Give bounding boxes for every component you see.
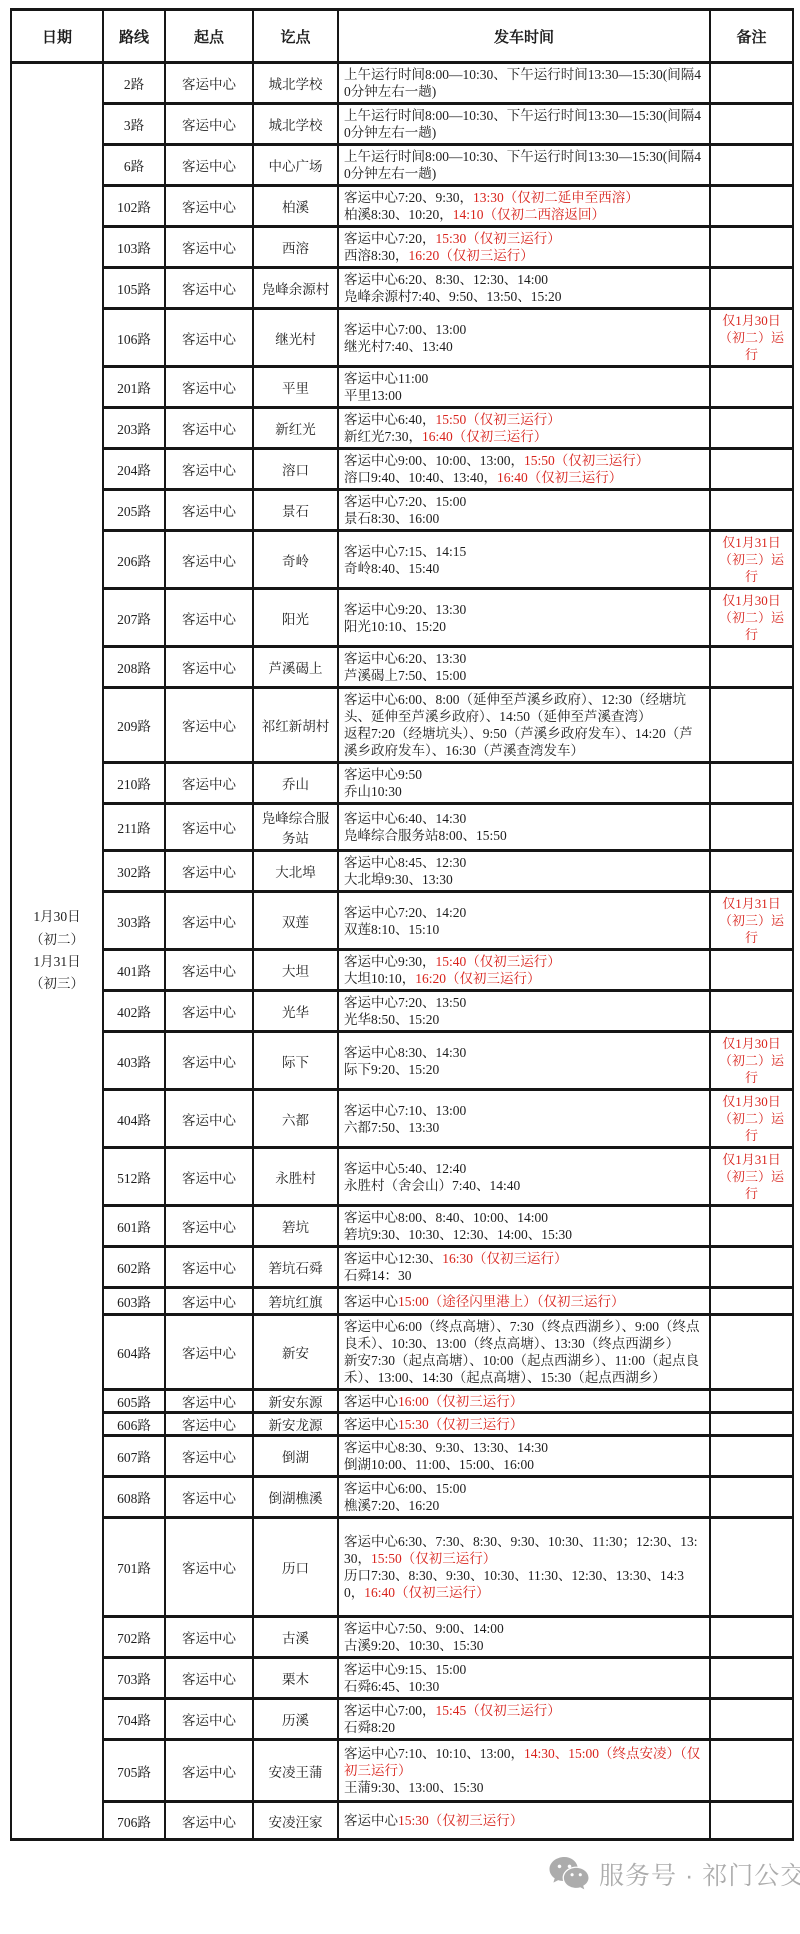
time-segment: 溶口9:40、10:40、13:40，: [344, 470, 497, 485]
end-cell: 城北学校: [253, 104, 338, 145]
end-cell: 凫峰余源村: [253, 268, 338, 309]
route-cell: 404路: [103, 1090, 165, 1148]
remark-text: 仅1月30日（初二）运行: [719, 1094, 784, 1143]
remark-cell: [710, 449, 793, 490]
remark-text: 仅1月30日（初二）运行: [719, 313, 784, 362]
end-cell: 凫峰综合服务站: [253, 804, 338, 851]
time-line: 王蒲9:30、13:00、15:30: [344, 1779, 704, 1796]
table-row: 302路客运中心大北埠客运中心8:45、12:30大北埠9:30、13:30: [11, 851, 793, 892]
remark-cell: [710, 1315, 793, 1390]
end-cell: 西溶: [253, 227, 338, 268]
end-cell: 新安: [253, 1315, 338, 1390]
time-segment: 客运中心: [344, 1417, 398, 1432]
time-line: 客运中心9:20、13:30: [344, 601, 704, 618]
time-line: 凫峰余源村7:40、9:50、13:50、15:20: [344, 288, 704, 305]
time-segment: 客运中心6:20、8:30、12:30、14:00: [344, 272, 548, 287]
route-cell: 403路: [103, 1032, 165, 1090]
time-segment: 客运中心: [344, 1394, 398, 1409]
time-segment-red: 16:30（仅初三运行）: [442, 1251, 567, 1266]
route-cell: 203路: [103, 408, 165, 449]
time-segment: 客运中心8:45、12:30: [344, 855, 466, 870]
start-cell: 客运中心: [165, 1477, 253, 1518]
route-cell: 2路: [103, 63, 165, 104]
time-segment: 六都7:50、13:30: [344, 1120, 439, 1135]
remark-cell: [710, 186, 793, 227]
end-cell: 乔山: [253, 763, 338, 804]
remark-cell: 仅1月31日（初三）运行: [710, 531, 793, 589]
time-segment: 客运中心12:30、: [344, 1251, 442, 1266]
times-cell: 客运中心9:50乔山10:30: [338, 763, 710, 804]
time-segment: 奇岭8:40、15:40: [344, 561, 439, 576]
remark-cell: 仅1月31日（初三）运行: [710, 892, 793, 950]
remark-cell: [710, 763, 793, 804]
remark-cell: [710, 1740, 793, 1802]
time-line: 客运中心6:20、8:30、12:30、14:00: [344, 271, 704, 288]
time-segment: 客运中心7:10、10:10、13:00，: [344, 1746, 524, 1761]
route-cell: 211路: [103, 804, 165, 851]
time-segment-red: 16:40（仅初三运行）: [422, 429, 547, 444]
time-line: 古溪9:20、10:30、15:30: [344, 1637, 704, 1654]
time-segment-red: 15:00（途径闪里港上）（仅初三运行）: [398, 1294, 625, 1309]
date-line: 1月31日: [16, 951, 98, 973]
start-cell: 客运中心: [165, 1658, 253, 1699]
remark-cell: [710, 227, 793, 268]
remark-cell: [710, 1699, 793, 1740]
time-line: 客运中心15:30（仅初三运行）: [344, 1416, 704, 1433]
time-line: 客运中心7:50、9:00、14:00: [344, 1620, 704, 1637]
end-cell: 大坦: [253, 950, 338, 991]
route-cell: 106路: [103, 309, 165, 367]
remark-cell: [710, 1206, 793, 1247]
schedule-page: 日期 路线 起点 讫点 发车时间 备注 1月30日（初二）1月31日（初三）2路…: [0, 0, 800, 1849]
route-cell: 208路: [103, 647, 165, 688]
start-cell: 客运中心: [165, 647, 253, 688]
time-line: 继光村7:40、13:40: [344, 338, 704, 355]
time-segment-red: 16:00（仅初三运行）: [398, 1394, 523, 1409]
time-segment: 景石8:30、16:00: [344, 511, 439, 526]
time-line: 客运中心6:00、15:00: [344, 1480, 704, 1497]
time-segment: 樵溪7:20、16:20: [344, 1498, 439, 1513]
start-cell: 客运中心: [165, 490, 253, 531]
time-line: 客运中心9:00、10:00、13:00，15:50（仅初三运行）: [344, 452, 704, 469]
remark-text: 仅1月31日（初三）运行: [719, 535, 784, 584]
table-row: 6路客运中心中心广场上午运行时间8:00—10:30、下午运行时间13:30—1…: [11, 145, 793, 186]
table-row: 211路客运中心凫峰综合服务站客运中心6:40、14:30凫峰综合服务站8:00…: [11, 804, 793, 851]
route-cell: 206路: [103, 531, 165, 589]
time-segment: 石舜8:20: [344, 1720, 395, 1735]
route-cell: 702路: [103, 1617, 165, 1658]
time-line: 客运中心7:00，15:45（仅初三运行）: [344, 1702, 704, 1719]
time-segment: 客运中心6:00、15:00: [344, 1481, 466, 1496]
start-cell: 客运中心: [165, 63, 253, 104]
time-line: 上午运行时间8:00—10:30、下午运行时间13:30—15:30(间隔40分…: [344, 66, 704, 100]
time-segment: 客运中心8:30、9:30、13:30、14:30: [344, 1440, 548, 1455]
time-segment: 客运中心5:40、12:40: [344, 1161, 466, 1176]
table-row: 206路客运中心奇岭客运中心7:15、14:15奇岭8:40、15:40仅1月3…: [11, 531, 793, 589]
time-segment: 客运中心6:40、14:30: [344, 811, 466, 826]
time-segment: 际下9:20、15:20: [344, 1062, 439, 1077]
end-cell: 景石: [253, 490, 338, 531]
remark-cell: [710, 408, 793, 449]
start-cell: 客运中心: [165, 1699, 253, 1740]
time-segment: 客运中心9:20、13:30: [344, 602, 466, 617]
time-line: 西溶8:30，16:20（仅初三运行）: [344, 247, 704, 264]
route-cell: 201路: [103, 367, 165, 408]
date-line: 1月30日: [16, 906, 98, 928]
start-cell: 客运中心: [165, 104, 253, 145]
start-cell: 客运中心: [165, 145, 253, 186]
time-segment-red: 15:45（仅初三运行）: [436, 1703, 561, 1718]
end-cell: 历溪: [253, 1699, 338, 1740]
time-line: 奇岭8:40、15:40: [344, 560, 704, 577]
times-cell: 客运中心7:20，15:30（仅初三运行）西溶8:30，16:20（仅初三运行）: [338, 227, 710, 268]
route-cell: 204路: [103, 449, 165, 490]
time-segment: 客运中心6:00、8:00（延伸至芦溪乡政府）、12:30（经塘坑头、延伸至芦溪…: [344, 692, 686, 724]
route-cell: 105路: [103, 268, 165, 309]
times-cell: 客运中心7:10、10:10、13:00，14:30、15:00（终点安凌）（仅…: [338, 1740, 710, 1802]
time-segment-red: 15:30（仅初三运行）: [436, 231, 561, 246]
time-line: 大坦10:10，16:20（仅初三运行）: [344, 970, 704, 987]
date-line: （初二）: [16, 929, 98, 951]
remark-text: 仅1月31日（初三）运行: [719, 896, 784, 945]
remark-text: 仅1月30日（初二）运行: [719, 1036, 784, 1085]
end-cell: 新安东源: [253, 1390, 338, 1413]
time-line: 客运中心7:10、10:10、13:00，14:30、15:00（终点安凌）（仅…: [344, 1745, 704, 1779]
time-segment: 客运中心7:50、9:00、14:00: [344, 1621, 504, 1636]
end-cell: 祁红新胡村: [253, 688, 338, 763]
time-segment: 客运中心9:30，: [344, 954, 436, 969]
time-line: 客运中心5:40、12:40: [344, 1160, 704, 1177]
time-line: 客运中心7:20、13:50: [344, 994, 704, 1011]
time-segment: 石舜14：30: [344, 1268, 412, 1283]
schedule-body: 1月30日（初二）1月31日（初三）2路客运中心城北学校上午运行时间8:00—1…: [11, 63, 793, 1840]
end-cell: 大北埠: [253, 851, 338, 892]
time-segment-red: 16:20（仅初三运行）: [409, 248, 534, 263]
start-cell: 客运中心: [165, 227, 253, 268]
start-cell: 客运中心: [165, 1436, 253, 1477]
time-segment: 客运中心6:40，: [344, 412, 436, 427]
route-cell: 703路: [103, 1658, 165, 1699]
end-cell: 芦溪碣上: [253, 647, 338, 688]
times-cell: 客运中心16:00（仅初三运行）: [338, 1390, 710, 1413]
end-cell: 倒湖樵溪: [253, 1477, 338, 1518]
table-row: 105路客运中心凫峰余源村客运中心6:20、8:30、12:30、14:00凫峰…: [11, 268, 793, 309]
remark-cell: [710, 104, 793, 145]
time-segment: 永胜村（舍会山）7:40、14:40: [344, 1178, 520, 1193]
end-cell: 际下: [253, 1032, 338, 1090]
times-cell: 客运中心9:30，15:40（仅初三运行）大坦10:10，16:20（仅初三运行…: [338, 950, 710, 991]
route-cell: 605路: [103, 1390, 165, 1413]
times-cell: 客运中心6:00、8:00（延伸至芦溪乡政府）、12:30（经塘坑头、延伸至芦溪…: [338, 688, 710, 763]
time-segment: 客运中心: [344, 1813, 398, 1828]
table-row: 705路客运中心安凌王蒲客运中心7:10、10:10、13:00，14:30、1…: [11, 1740, 793, 1802]
time-line: 客运中心6:20、13:30: [344, 650, 704, 667]
time-line: 石舜14：30: [344, 1267, 704, 1284]
col-header-start: 起点: [165, 10, 253, 63]
start-cell: 客运中心: [165, 1090, 253, 1148]
table-row: 601路客运中心箬坑客运中心8:00、8:40、10:00、14:00箬坑9:3…: [11, 1206, 793, 1247]
route-cell: 205路: [103, 490, 165, 531]
time-line: 历口7:30、8:30、9:30、10:30、11:30、12:30、13:30…: [344, 1567, 704, 1601]
remark-cell: 仅1月30日（初二）运行: [710, 589, 793, 647]
remark-cell: [710, 1288, 793, 1315]
times-cell: 客运中心6:00（终点高塘）、7:30（终点西湖乡）、9:00（终点良禾）、10…: [338, 1315, 710, 1390]
time-line: 六都7:50、13:30: [344, 1119, 704, 1136]
time-segment: 客运中心7:15、14:15: [344, 544, 466, 559]
end-cell: 箬坑: [253, 1206, 338, 1247]
time-segment-red: 15:50（仅初三运行）: [371, 1551, 496, 1566]
times-cell: 客运中心6:00、15:00樵溪7:20、16:20: [338, 1477, 710, 1518]
time-line: 芦溪碣上7:50、15:00: [344, 667, 704, 684]
time-segment: 客运中心8:30、14:30: [344, 1045, 466, 1060]
times-cell: 客运中心6:30、7:30、8:30、9:30、10:30、11:30；12:3…: [338, 1518, 710, 1617]
route-cell: 209路: [103, 688, 165, 763]
start-cell: 客运中心: [165, 1206, 253, 1247]
route-cell: 602路: [103, 1247, 165, 1288]
start-cell: 客运中心: [165, 1247, 253, 1288]
time-segment: 王蒲9:30、13:00、15:30: [344, 1780, 484, 1795]
start-cell: 客运中心: [165, 1315, 253, 1390]
remark-cell: [710, 647, 793, 688]
start-cell: 客运中心: [165, 1617, 253, 1658]
time-segment: 倒湖10:00、11:00、15:00、16:00: [344, 1457, 534, 1472]
remark-cell: [710, 1658, 793, 1699]
time-line: 上午运行时间8:00—10:30、下午运行时间13:30—15:30(间隔40分…: [344, 148, 704, 182]
table-row: 204路客运中心溶口客运中心9:00、10:00、13:00，15:50（仅初三…: [11, 449, 793, 490]
table-row: 604路客运中心新安客运中心6:00（终点高塘）、7:30（终点西湖乡）、9:0…: [11, 1315, 793, 1390]
table-row: 602路客运中心箬坑石舜客运中心12:30、16:30（仅初三运行）石舜14：3…: [11, 1247, 793, 1288]
remark-text: 仅1月30日（初二）运行: [719, 593, 784, 642]
time-line: 客运中心8:00、8:40、10:00、14:00: [344, 1209, 704, 1226]
time-segment: 凫峰余源村7:40、9:50、13:50、15:20: [344, 289, 562, 304]
start-cell: 客运中心: [165, 1518, 253, 1617]
time-segment: 凫峰综合服务站8:00、15:50: [344, 828, 507, 843]
time-line: 客运中心7:15、14:15: [344, 543, 704, 560]
times-cell: 客运中心9:00、10:00、13:00，15:50（仅初三运行）溶口9:40、…: [338, 449, 710, 490]
end-cell: 倒湖: [253, 1436, 338, 1477]
times-cell: 客运中心5:40、12:40永胜村（舍会山）7:40、14:40: [338, 1148, 710, 1206]
time-line: 溶口9:40、10:40、13:40，16:40（仅初三运行）: [344, 469, 704, 486]
time-line: 客运中心7:10、13:00: [344, 1102, 704, 1119]
time-line: 景石8:30、16:00: [344, 510, 704, 527]
time-line: 客运中心9:30，15:40（仅初三运行）: [344, 953, 704, 970]
col-header-time: 发车时间: [338, 10, 710, 63]
time-line: 客运中心8:45、12:30: [344, 854, 704, 871]
table-row: 404路客运中心六都客运中心7:10、13:00六都7:50、13:30仅1月3…: [11, 1090, 793, 1148]
end-cell: 平里: [253, 367, 338, 408]
table-row: 606路客运中心新安龙源客运中心15:30（仅初三运行）: [11, 1413, 793, 1436]
start-cell: 客运中心: [165, 268, 253, 309]
time-line: 石舜6:45、10:30: [344, 1678, 704, 1695]
table-row: 704路客运中心历溪客运中心7:00，15:45（仅初三运行）石舜8:20: [11, 1699, 793, 1740]
times-cell: 客运中心9:20、13:30阳光10:10、15:20: [338, 589, 710, 647]
route-cell: 704路: [103, 1699, 165, 1740]
table-row: 205路客运中心景石客运中心7:20、15:00景石8:30、16:00: [11, 490, 793, 531]
time-segment: 乔山10:30: [344, 784, 402, 799]
time-line: 客运中心8:30、14:30: [344, 1044, 704, 1061]
time-segment-red: 15:50（仅初三运行）: [436, 412, 561, 427]
remark-cell: [710, 1802, 793, 1840]
route-cell: 210路: [103, 763, 165, 804]
start-cell: 客运中心: [165, 851, 253, 892]
start-cell: 客运中心: [165, 1390, 253, 1413]
remark-cell: [710, 367, 793, 408]
times-cell: 客运中心6:40，15:50（仅初三运行）新红光7:30，16:40（仅初三运行…: [338, 408, 710, 449]
col-header-end: 讫点: [253, 10, 338, 63]
table-row: 402路客运中心光华客运中心7:20、13:50光华8:50、15:20: [11, 991, 793, 1032]
start-cell: 客运中心: [165, 950, 253, 991]
table-row: 201路客运中心平里客运中心11:00平里13:00: [11, 367, 793, 408]
time-segment: 客运中心11:00: [344, 371, 428, 386]
route-cell: 608路: [103, 1477, 165, 1518]
time-segment: 光华8:50、15:20: [344, 1012, 439, 1027]
route-cell: 207路: [103, 589, 165, 647]
time-line: 客运中心7:00、13:00: [344, 321, 704, 338]
end-cell: 城北学校: [253, 63, 338, 104]
col-header-route: 路线: [103, 10, 165, 63]
times-cell: 客运中心8:00、8:40、10:00、14:00箬坑9:30、10:30、12…: [338, 1206, 710, 1247]
table-row: 605路客运中心新安东源客运中心16:00（仅初三运行）: [11, 1390, 793, 1413]
remark-cell: [710, 991, 793, 1032]
table-row: 403路客运中心际下客运中心8:30、14:30际下9:20、15:20仅1月3…: [11, 1032, 793, 1090]
time-segment: 阳光10:10、15:20: [344, 619, 446, 634]
table-row: 303路客运中心双莲客运中心7:20、14:20双莲8:10、15:10仅1月3…: [11, 892, 793, 950]
times-cell: 客运中心15:30（仅初三运行）: [338, 1413, 710, 1436]
end-cell: 安凌王蒲: [253, 1740, 338, 1802]
end-cell: 安凌汪家: [253, 1802, 338, 1840]
table-row: 603路客运中心箬坑红旗客运中心15:00（途径闪里港上）（仅初三运行）: [11, 1288, 793, 1315]
route-cell: 512路: [103, 1148, 165, 1206]
start-cell: 客运中心: [165, 1802, 253, 1840]
remark-cell: [710, 950, 793, 991]
start-cell: 客运中心: [165, 1740, 253, 1802]
time-segment: 新红光7:30，: [344, 429, 422, 444]
end-cell: 光华: [253, 991, 338, 1032]
end-cell: 永胜村: [253, 1148, 338, 1206]
remark-cell: [710, 851, 793, 892]
time-line: 柏溪8:30、10:20，14:10（仅初二西溶返回）: [344, 206, 704, 223]
end-cell: 古溪: [253, 1617, 338, 1658]
remark-cell: 仅1月30日（初二）运行: [710, 309, 793, 367]
times-cell: 上午运行时间8:00—10:30、下午运行时间13:30—15:30(间隔40分…: [338, 63, 710, 104]
time-segment: 客运中心6:20、13:30: [344, 651, 466, 666]
times-cell: 客运中心6:20、8:30、12:30、14:00凫峰余源村7:40、9:50、…: [338, 268, 710, 309]
time-segment: 上午运行时间8:00—10:30、下午运行时间13:30—15:30(间隔40分…: [344, 108, 701, 140]
start-cell: 客运中心: [165, 449, 253, 490]
route-cell: 601路: [103, 1206, 165, 1247]
time-segment: 客运中心7:20、15:00: [344, 494, 466, 509]
start-cell: 客运中心: [165, 186, 253, 227]
time-segment-red: 15:50（仅初三运行）: [524, 453, 649, 468]
times-cell: 客运中心15:30（仅初三运行）: [338, 1802, 710, 1840]
time-segment: 平里13:00: [344, 388, 402, 403]
times-cell: 客运中心7:20、13:50光华8:50、15:20: [338, 991, 710, 1032]
time-segment: 客运中心7:20、14:20: [344, 905, 466, 920]
remark-cell: 仅1月31日（初三）运行: [710, 1148, 793, 1206]
table-row: 209路客运中心祁红新胡村客运中心6:00、8:00（延伸至芦溪乡政府）、12:…: [11, 688, 793, 763]
time-segment-red: 16:40（仅初三运行）: [364, 1585, 489, 1600]
times-cell: 客运中心7:20、9:30，13:30（仅初二延申至西溶）柏溪8:30、10:2…: [338, 186, 710, 227]
time-line: 客运中心8:30、9:30、13:30、14:30: [344, 1439, 704, 1456]
table-row: 1月30日（初二）1月31日（初三）2路客运中心城北学校上午运行时间8:00—1…: [11, 63, 793, 104]
start-cell: 客运中心: [165, 991, 253, 1032]
times-cell: 客运中心8:30、14:30际下9:20、15:20: [338, 1032, 710, 1090]
time-line: 客运中心11:00: [344, 370, 704, 387]
col-header-date: 日期: [11, 10, 103, 63]
times-cell: 客运中心7:20、15:00景石8:30、16:00: [338, 490, 710, 531]
end-cell: 中心广场: [253, 145, 338, 186]
col-header-remark: 备注: [710, 10, 793, 63]
time-segment-red: 13:30（仅初二延申至西溶）: [473, 190, 639, 205]
time-line: 客运中心12:30、16:30（仅初三运行）: [344, 1250, 704, 1267]
time-segment-red: 16:20（仅初三运行）: [415, 971, 540, 986]
times-cell: 客运中心12:30、16:30（仅初三运行）石舜14：30: [338, 1247, 710, 1288]
remark-cell: [710, 1413, 793, 1436]
time-segment: 客运中心6:00（终点高塘）、7:30（终点西湖乡）、9:00（终点良禾）、10…: [344, 1319, 700, 1351]
time-line: 光华8:50、15:20: [344, 1011, 704, 1028]
end-cell: 历口: [253, 1518, 338, 1617]
table-row: 102路客运中心柏溪客运中心7:20、9:30，13:30（仅初二延申至西溶）柏…: [11, 186, 793, 227]
table-row: 207路客运中心阳光客运中心9:20、13:30阳光10:10、15:20仅1月…: [11, 589, 793, 647]
start-cell: 客运中心: [165, 309, 253, 367]
remark-cell: [710, 490, 793, 531]
end-cell: 箬坑石舜: [253, 1247, 338, 1288]
table-row: 702路客运中心古溪客运中心7:50、9:00、14:00古溪9:20、10:3…: [11, 1617, 793, 1658]
time-segment: 客运中心7:20，: [344, 231, 436, 246]
remark-cell: [710, 1390, 793, 1413]
times-cell: 客运中心11:00平里13:00: [338, 367, 710, 408]
wechat-watermark: 服务号 · 祁门公交: [548, 1856, 800, 1892]
remark-cell: [710, 1518, 793, 1617]
start-cell: 客运中心: [165, 688, 253, 763]
start-cell: 客运中心: [165, 763, 253, 804]
times-cell: 客运中心7:00、13:00继光村7:40、13:40: [338, 309, 710, 367]
bus-schedule-table: 日期 路线 起点 讫点 发车时间 备注 1月30日（初二）1月31日（初三）2路…: [10, 8, 794, 1841]
remark-cell: [710, 688, 793, 763]
start-cell: 客运中心: [165, 531, 253, 589]
time-segment: 古溪9:20、10:30、15:30: [344, 1638, 484, 1653]
time-line: 客运中心6:00、8:00（延伸至芦溪乡政府）、12:30（经塘坑头、延伸至芦溪…: [344, 691, 704, 725]
time-line: 客运中心9:50: [344, 766, 704, 783]
time-segment: 大北埠9:30、13:30: [344, 872, 453, 887]
time-segment: 柏溪8:30、10:20，: [344, 207, 453, 222]
end-cell: 箬坑红旗: [253, 1288, 338, 1315]
time-line: 倒湖10:00、11:00、15:00、16:00: [344, 1456, 704, 1473]
time-segment: 返程7:20（经塘坑头）、9:50（芦溪乡政府发车）、14:20（芦溪乡政府发车…: [344, 726, 693, 758]
route-cell: 402路: [103, 991, 165, 1032]
time-line: 客运中心15:30（仅初三运行）: [344, 1812, 704, 1829]
route-cell: 603路: [103, 1288, 165, 1315]
time-line: 客运中心6:30、7:30、8:30、9:30、10:30、11:30；12:3…: [344, 1533, 704, 1567]
end-cell: 溶口: [253, 449, 338, 490]
start-cell: 客运中心: [165, 1413, 253, 1436]
times-cell: 客运中心6:40、14:30凫峰综合服务站8:00、15:50: [338, 804, 710, 851]
time-line: 新安7:30（起点高塘）、10:00（起点西湖乡）、11:00（起点良禾）、13…: [344, 1352, 704, 1386]
time-line: 凫峰综合服务站8:00、15:50: [344, 827, 704, 844]
route-cell: 701路: [103, 1518, 165, 1617]
time-line: 大北埠9:30、13:30: [344, 871, 704, 888]
time-line: 客运中心6:00（终点高塘）、7:30（终点西湖乡）、9:00（终点良禾）、10…: [344, 1318, 704, 1352]
time-line: 双莲8:10、15:10: [344, 921, 704, 938]
time-line: 永胜村（舍会山）7:40、14:40: [344, 1177, 704, 1194]
end-cell: 新红光: [253, 408, 338, 449]
table-row: 203路客运中心新红光客运中心6:40，15:50（仅初三运行）新红光7:30，…: [11, 408, 793, 449]
remark-cell: [710, 63, 793, 104]
time-segment: 西溶8:30，: [344, 248, 409, 263]
remark-cell: [710, 1247, 793, 1288]
time-segment: 客运中心9:50: [344, 767, 422, 782]
remark-cell: 仅1月30日（初二）运行: [710, 1090, 793, 1148]
